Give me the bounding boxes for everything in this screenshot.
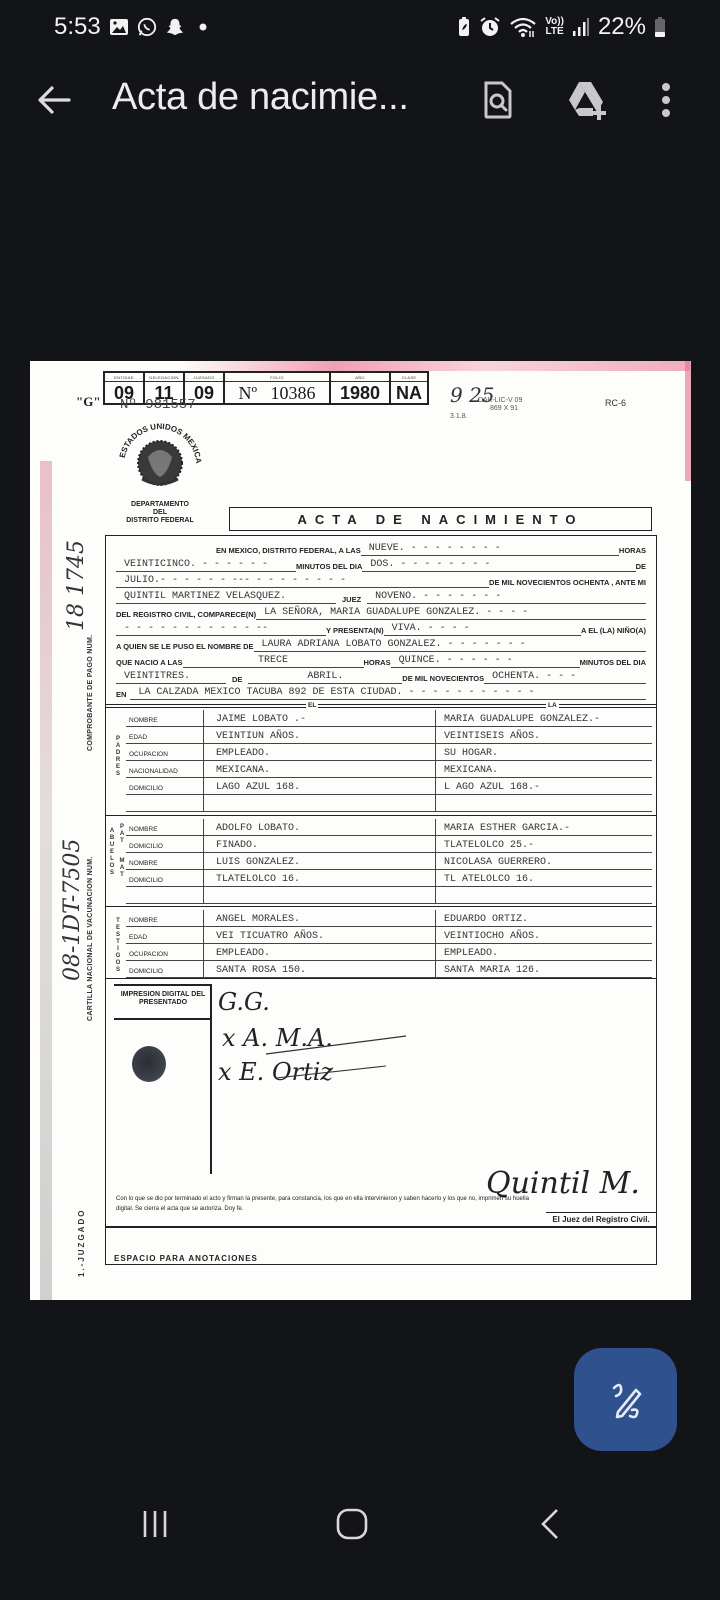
mother-value: MARIA GUADALUPE GONZALEZ.- [436,710,652,726]
field-label: EDAD [126,927,204,943]
column-la: LA [546,702,559,709]
father-value: VEINTIUN AÑOS. [204,727,436,743]
paper-edge-shadow [40,461,52,1300]
whatsapp-icon [137,17,157,37]
line-label: EN MEXICO, DISTRITO FEDERAL, A LAS [216,546,361,556]
volte-bottom: LTE [546,27,564,37]
line-suffix: DE [636,562,646,572]
table-row: OCUPACION EMPLEADO. EMPLEADO. [126,944,652,961]
folio-cell: FOLIO Nº 10386 [225,373,331,403]
cartilla-label: CARTILLA NACIONAL DE VACUNACION NUM. [87,831,94,1021]
table-row-spacer [126,887,652,904]
line-birth-time: QUE NACIO A LAS TRECE HORAS QUINCE. - - … [116,652,646,668]
maternal-label: MAT [118,858,126,879]
arrow-left-icon [37,85,71,115]
entidad-label: ENTIDAD [105,373,143,382]
judge-label: El Juez del Registro Civil. [546,1212,656,1224]
witness-2-value: SANTA MARIA 126. [436,961,652,977]
table-row-spacer [126,795,652,812]
field-label: OCUPACION [126,744,204,760]
dot-icon [193,17,213,37]
line-label: Y PRESENTA(N) [326,626,384,636]
ano-value: 1980 [340,382,380,404]
battery-saver-icon [457,16,471,38]
line-suffix: HORAS [619,546,646,556]
testigos-section-label: TESTIGOS [114,918,122,974]
form-code: RC-6 [605,398,626,408]
line-label: DE MIL NOVECIENTOS [402,674,484,684]
line-value: LAURA ADRIANA LOBATO GONZALEZ. - - - - -… [254,638,646,652]
juzgado-value: 09 [194,382,214,404]
signal-icon [572,17,590,37]
closing-statement: Con lo que se dio por terminado el acto … [116,1194,536,1214]
find-in-document-button[interactable] [474,76,522,124]
back-button[interactable] [32,78,76,122]
document-title: Acta de nacimie... [112,76,409,119]
table-row: NOMBRE ANGEL MORALES. EDUARDO ORTIZ. [126,910,652,927]
line-value: VEINTICINCO. - - - - - - [116,558,296,572]
wifi-icon [509,16,537,38]
battery-icon [654,16,666,38]
grandmother-value [436,887,652,903]
witness-2-value: VEINTIOCHO AÑOS. [436,927,652,943]
ano-label: AÑO [331,373,389,382]
witness-2-value: EDUARDO ORTIZ. [436,910,652,926]
line-label: DE MIL NOVECIENTOS OCHENTA , ANTE MI [489,578,646,588]
juzgado-label: JUZGADO [185,373,223,382]
line-minutes: VEINTICINCO. - - - - - - MINUTOS DEL DIA… [116,556,646,572]
mother-value: SU HOGAR. [436,744,652,760]
line-value: VIVA. - - - - [384,622,581,636]
father-value: MEXICANA. [204,761,436,777]
line-suffix: A EL (LA) NIÑO(A) [581,626,646,636]
folio-label: FOLIO [225,373,329,382]
padres-section-label: PADRES [114,736,122,778]
line-value: VEINTITRES. [116,670,226,684]
paper-decoration [180,361,690,371]
table-row: NACIONALIDAD MEXICANA. MEXICANA. [126,761,652,778]
delegacion-label: DELEGACION [145,373,183,382]
small-codes: DAK-LIC-V 09 869 X 91 3.1.8. [470,397,522,421]
line-value: - - - - - - - - - - - -- [116,622,326,636]
father-value: EMPLEADO. [204,744,436,760]
field-label: NOMBRE [126,910,204,926]
annotate-button[interactable] [574,1348,677,1451]
table-row: NOMBRE LUIS GONZALEZ. NICOLASA GUERRERO. [126,853,652,870]
line-value: LA CALZADA MEXICO TACUBA 892 DE ESTA CIU… [130,686,646,700]
witness-1-value: VEI TICUATRO AÑOS. [204,927,436,943]
home-button[interactable] [327,1504,377,1544]
divider [106,1226,656,1228]
grandfather-value: FINADO. [204,836,436,852]
line-birth-place: EN LA CALZADA MEXICO TACUBA 892 DE ESTA … [116,684,646,700]
table-row: EDAD VEI TICUATRO AÑOS. VEINTIOCHO AÑOS. [126,927,652,944]
annotations-label: ESPACIO PARA ANOTACIONES [114,1254,258,1263]
more-vert-icon [660,82,672,118]
gallery-icon [109,17,129,37]
father-value: JAIME LOBATO .- [204,710,436,726]
signature-1: G.G. [218,988,270,1016]
folio-value: Nº 10386 [238,382,315,404]
table-row: DOMICILIO LAGO AZUL 168. L AGO AZUL 168.… [126,778,652,795]
line-label: MINUTOS DEL DIA [296,562,362,572]
line-label: EN [116,690,130,700]
field-label: NOMBRE [126,710,204,726]
line-month: JULIO.- - - - - - --- - - - - - - - - DE… [116,572,646,588]
paper-decoration [685,361,691,481]
line-value: LA SEÑORA, MARIA GUADALUPE GONZALEZ. - -… [256,606,646,620]
clase-label: CLASE [391,373,427,382]
line-value: NOVENO. - - - - - - - [367,590,646,604]
line-value: TRECE [183,654,364,668]
comprobante-label: COMPROBANTE DE PAGO NUM. [87,621,94,751]
status-bar: 5:53 Vo)) LTE 22% [0,0,720,54]
line-label: DEL REGISTRO CIVIL, COMPARECE(N) [116,610,256,620]
line-value: OCHENTA. - - - [484,670,646,684]
line-value: JULIO.- - - - - - --- - - - - - - - - [116,574,489,588]
handwritten-pago-number: 18 1745 [64,511,89,631]
field-label: EDAD [126,727,204,743]
table-row: DOMICILIO TLATELOLCO 16. TL ATELOLCO 16. [126,870,652,887]
status-time: 5:53 [54,13,101,41]
national-seal-icon: ESTADOS UNIDOS MEXICANOS [110,413,210,493]
drive-add-icon [565,80,611,120]
document-page[interactable]: "G" ENTIDAD 09 DELEGACION 11 JUZGADO 09 … [30,361,691,1300]
fingerprint-mark [132,1046,166,1082]
witness-1-value: SANTA ROSA 150. [204,961,436,977]
chevron-left-icon [539,1507,561,1541]
back-nav-button[interactable] [525,1504,575,1544]
table-row: OCUPACION EMPLEADO. SU HOGAR. [126,744,652,761]
status-left: 5:53 [54,13,213,41]
department-label: DEPARTAMENTO DEL DISTRITO FEDERAL [110,501,210,525]
grandmother-value: TL ATELOLCO 16. [436,870,652,886]
table-row: DOMICILIO FINADO. TLATELOLCO 25.- [126,836,652,853]
line-label: HORAS [364,658,391,668]
fingerprint-box: IMPRESION DIGITAL DEL PRESENTADO [114,984,212,1174]
volte-icon: Vo)) LTE [545,17,564,37]
folio-number: 10386 [271,383,316,403]
serial-number: Nº 981557 [120,397,196,413]
department-line-1: DEPARTAMENTO [110,501,210,509]
grandmother-value: NICOLASA GUERRERO. [436,853,652,869]
home-icon [335,1507,369,1541]
small-code-1: DAK-LIC-V 09 [470,397,522,405]
line-label: A QUIEN SE LE PUSO EL NOMBRE DE [116,642,254,652]
line-suffix: MINUTOS DEL DIA [580,658,646,668]
recents-icon [140,1509,170,1539]
mother-value: VEINTISEIS AÑOS. [436,727,652,743]
small-code-2: 869 X 91 [470,405,522,413]
department-line-2: DEL [110,509,210,517]
field-label [126,887,204,903]
fingerprint-label: IMPRESION DIGITAL DEL PRESENTADO [114,984,212,1020]
divider [106,906,656,908]
document-search-icon [481,80,515,120]
table-row: EDAD VEINTIUN AÑOS. VEINTISEIS AÑOS. [126,727,652,744]
mother-value: MEXICANA. [436,761,652,777]
department-line-3: DISTRITO FEDERAL [110,517,210,525]
line-judge: QUINTIL MARTINEZ VELASQUEZ. JUEZ NOVENO.… [116,588,646,604]
recents-button[interactable] [130,1504,180,1544]
abuelos-section-label: ABUELOS [108,828,116,877]
field-label: DOMICILIO [126,836,204,852]
line-birth-date: VEINTITRES. DE ABRIL. DE MIL NOVECIENTOS… [116,668,646,684]
grandfather-value: TLATELOLCO 16. [204,870,436,886]
field-label: DOMICILIO [126,778,204,794]
line-label: QUE NACIO A LAS [116,658,183,668]
clase-cell: CLASE NA [391,373,427,403]
field-label: NOMBRE [126,819,204,835]
table-row: NOMBRE JAIME LOBATO .- MARIA GUADALUPE G… [126,710,652,727]
divider [106,815,656,817]
grandfather-value [204,887,436,903]
line-child-name: A QUIEN SE LE PUSO EL NOMBRE DE LAURA AD… [116,636,646,652]
witness-2-value: EMPLEADO. [436,944,652,960]
status-right: Vo)) LTE 22% [457,13,666,41]
snapchat-icon [165,17,185,37]
alarm-icon [479,16,501,38]
app-bar: Acta de nacimie... [0,60,720,140]
grandmother-value: TLATELOLCO 25.- [436,836,652,852]
field-label: NACIONALIDAD [126,761,204,777]
more-options-button[interactable] [642,76,690,124]
witness-1-value: ANGEL MORALES. [204,910,436,926]
signature-strokes [256,1030,416,1080]
grandfather-value: LUIS GONZALEZ. [204,853,436,869]
field-label: NOMBRE [126,853,204,869]
judge-signature: Quintil M. [486,1166,640,1201]
witness-1-value: EMPLEADO. [204,944,436,960]
grandmother-value: MARIA ESTHER GARCIA.- [436,819,652,835]
line-value: QUINTIL MARTINEZ VELASQUEZ. [116,590,336,604]
record-body: EN MEXICO, DISTRITO FEDERAL, A LAS NUEVE… [105,535,657,1265]
ano-cell: AÑO 1980 [331,373,391,403]
line-place: EN MEXICO, DISTRITO FEDERAL, A LAS NUEVE… [216,540,646,556]
system-nav-bar [0,1490,720,1560]
document-heading: ACTA DE NACIMIENTO [229,507,652,531]
field-label: OCUPACION [126,944,204,960]
line-value: ABRIL. [248,670,402,684]
line-value: DOS. - - - - - - - - [362,558,635,572]
line-value: NUEVE. - - - - - - - - [361,542,619,556]
g-mark: "G" [76,394,101,410]
line-appears: DEL REGISTRO CIVIL, COMPARECE(N) LA SEÑO… [116,604,646,620]
handwritten-cartilla-number: 08-1DT-7505 [60,801,85,981]
clase-value: NA [396,382,422,404]
table-row: DOMICILIO SANTA ROSA 150. SANTA MARIA 12… [126,961,652,978]
father-value [204,795,436,811]
line-presents: - - - - - - - - - - - -- Y PRESENTA(N) V… [116,620,646,636]
field-label [126,795,204,811]
paternal-label: PAT [118,824,126,845]
juzgado-side-label: 1.-JUZGADO [77,1197,86,1277]
father-value: LAGO AZUL 168. [204,778,436,794]
line-label: DE [226,675,248,684]
column-el: EL [306,702,318,709]
edit-annotate-icon [606,1380,646,1420]
line-value: QUINCE. - - - - - - [391,654,580,668]
mother-value [436,795,652,811]
divider [106,978,656,980]
folio-prefix: Nº [238,383,257,403]
line-label: JUEZ [336,595,367,604]
table-row: NOMBRE ADOLFO LOBATO. MARIA ESTHER GARCI… [126,819,652,836]
divider [106,704,656,708]
field-label: DOMICILIO [126,870,204,886]
mother-value: L AGO AZUL 168.- [436,778,652,794]
small-code-3: 3.1.8. [450,413,522,421]
field-label: DOMICILIO [126,961,204,977]
grandfather-value: ADOLFO LOBATO. [204,819,436,835]
add-to-drive-button[interactable] [564,76,612,124]
battery-percent: 22% [598,13,646,41]
